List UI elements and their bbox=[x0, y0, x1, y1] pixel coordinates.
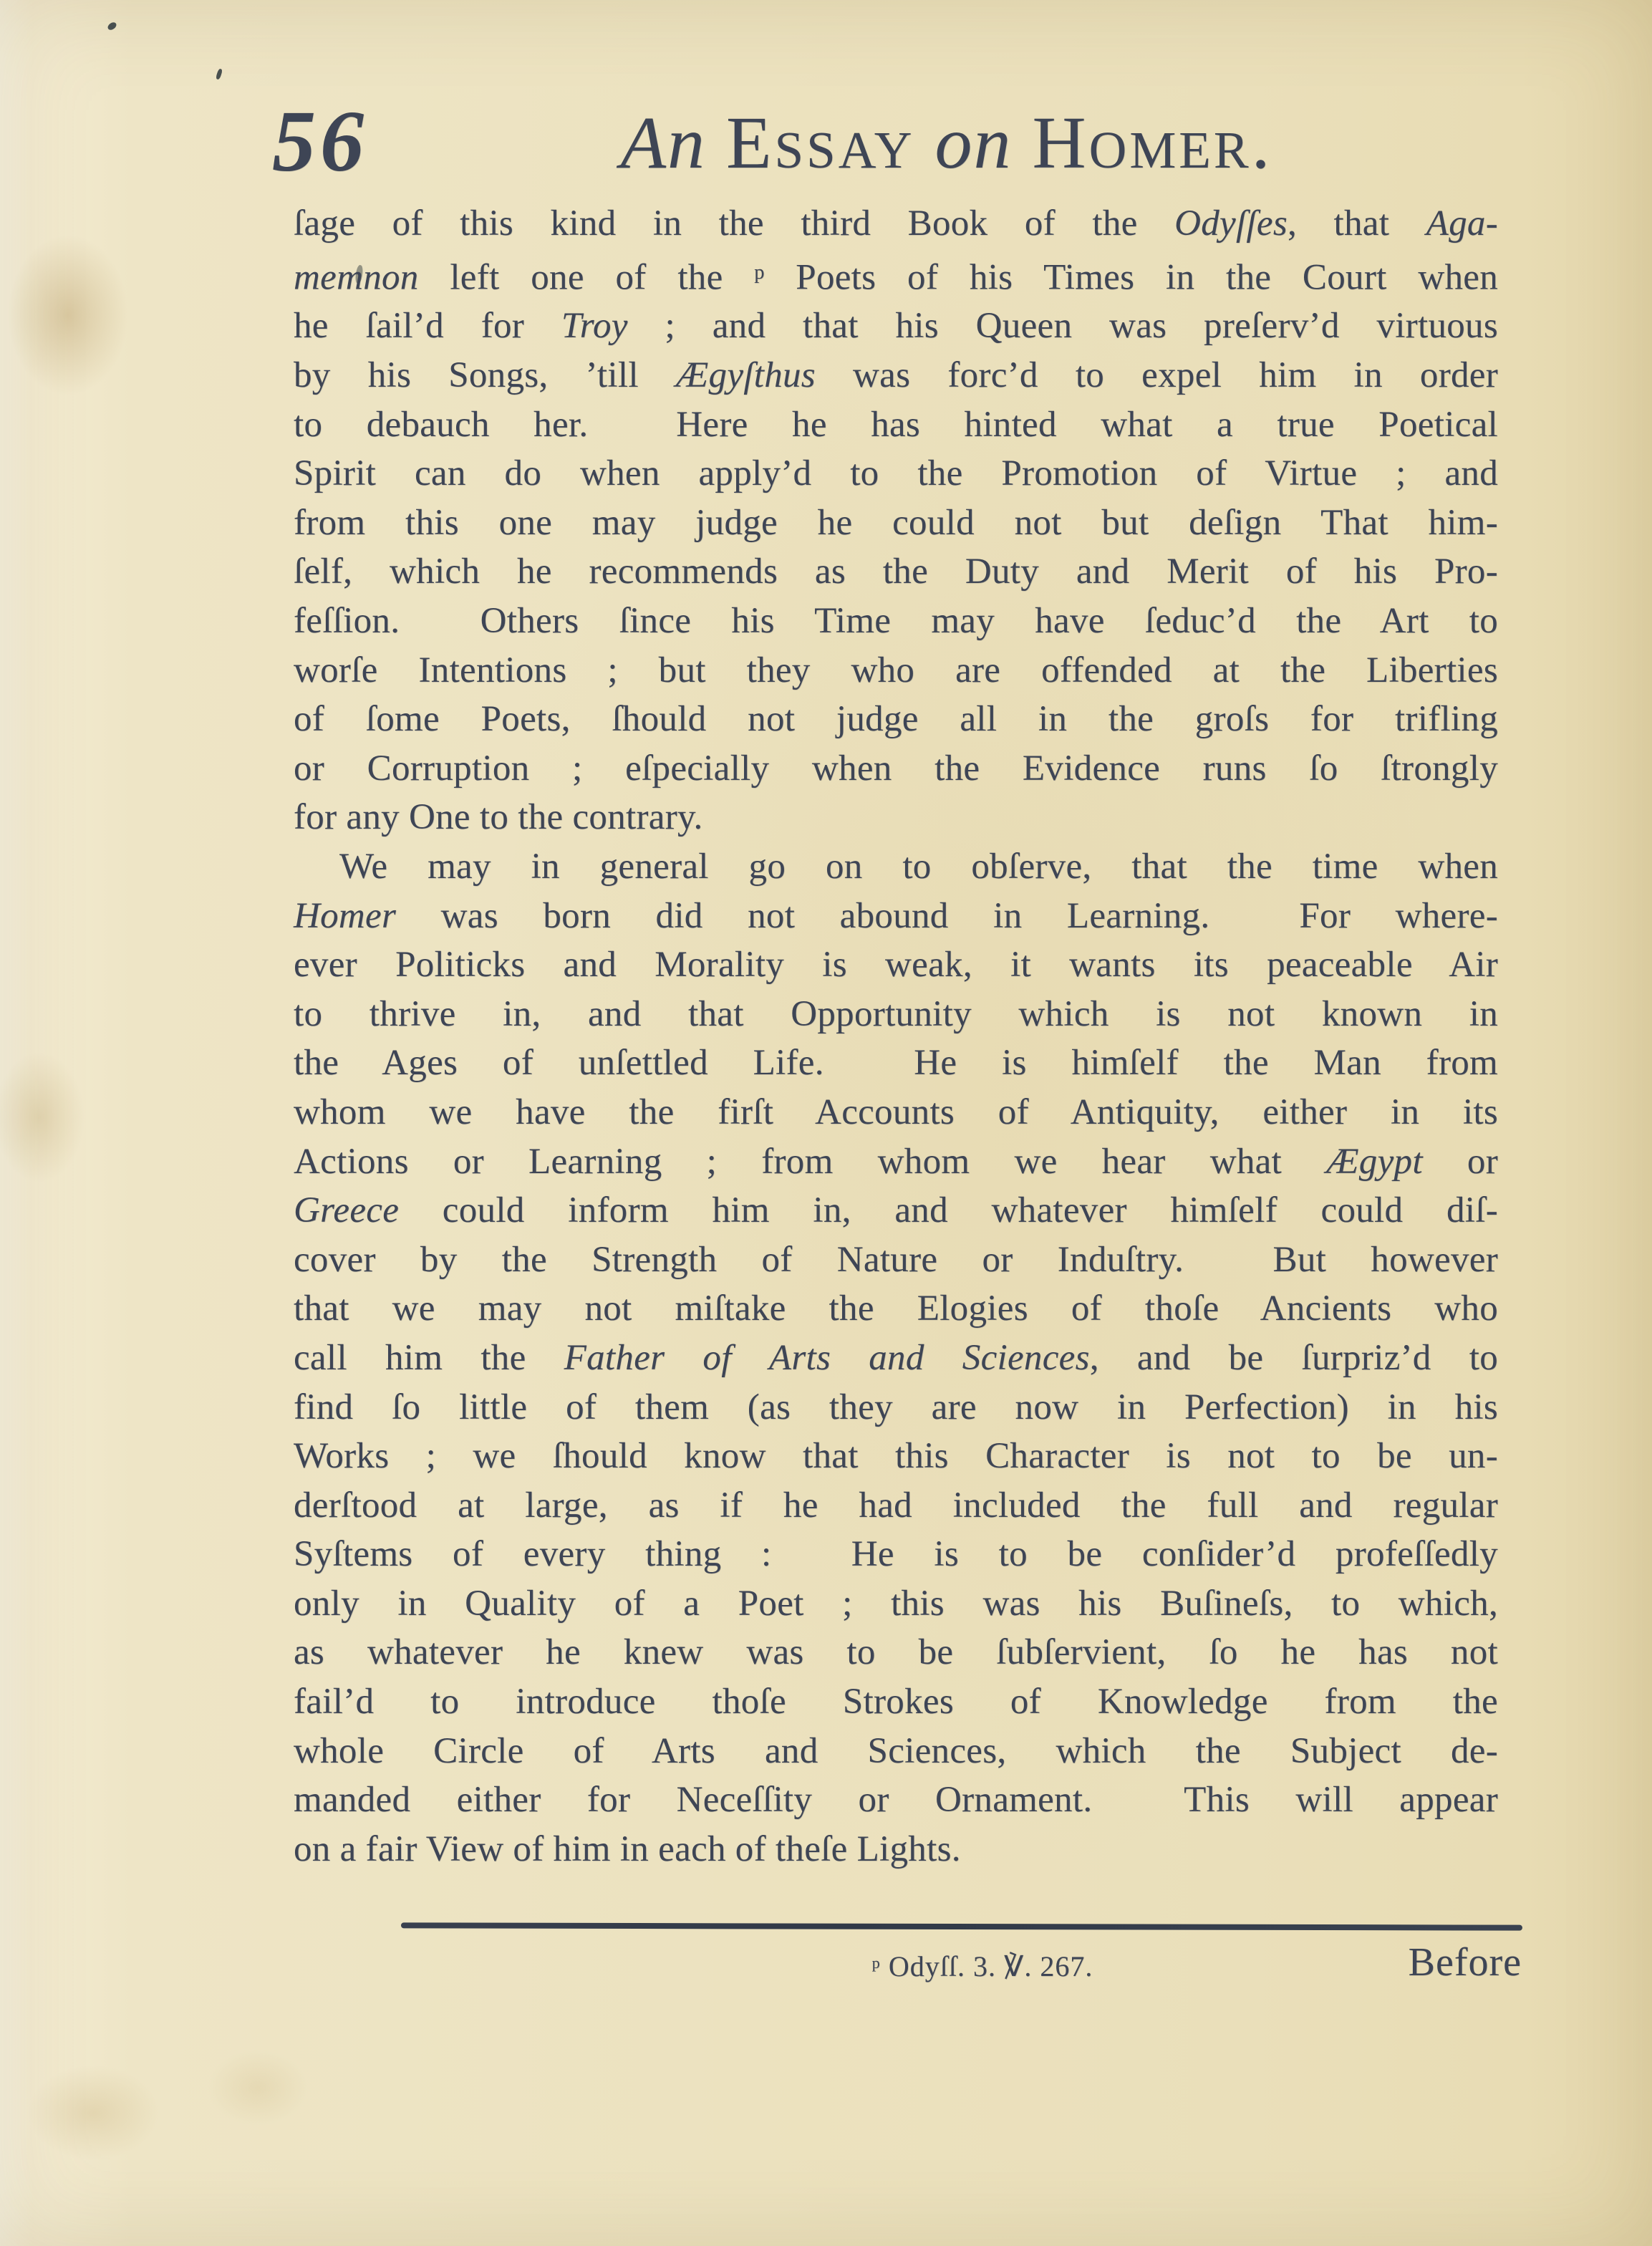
text-segment: he ſail’d for bbox=[294, 306, 561, 346]
text-segment: ; and that his Queen was preſerv’d virtu… bbox=[628, 306, 1498, 346]
text-line: to debauch her. Here he has hinted what … bbox=[294, 400, 1498, 450]
text-segment: that we may not miſtake the Elogies of t… bbox=[294, 1288, 1498, 1329]
text-segment: worſe Intentions ; but they who are offe… bbox=[294, 650, 1498, 690]
catchword: Before bbox=[1409, 1939, 1522, 1985]
footnote-marker: p bbox=[872, 1954, 880, 1972]
footnote-reference: Odyſſ. 3. ℣. 267. bbox=[889, 1950, 1093, 1982]
text-line: fail’d to introduce thoſe Strokes of Kno… bbox=[294, 1677, 1498, 1727]
text-segment: Troy bbox=[561, 306, 628, 346]
text-line: for any One to the contrary. bbox=[294, 793, 1498, 842]
text-segment: whom we have the firſt Accounts of Antiq… bbox=[294, 1092, 1498, 1132]
text-segment: ever Politicks and Morality is weak, it … bbox=[294, 945, 1498, 985]
footnote: pOdyſſ. 3. ℣. 267. bbox=[872, 1949, 1093, 1983]
text-segment: cover by the Strength of Nature or Induſ… bbox=[294, 1240, 1498, 1280]
text-line: of ſome Poets, ſhould not judge all in t… bbox=[294, 695, 1498, 744]
text-line: cover by the Strength of Nature or Induſ… bbox=[294, 1235, 1498, 1285]
text-segment: feſſion. Others ſince his Time may have … bbox=[294, 601, 1498, 641]
text-segment: to debauch her. Here he has hinted what … bbox=[294, 405, 1498, 445]
text-line: ever Politicks and Morality is weak, it … bbox=[294, 940, 1498, 990]
text-line: memnon left one of the p Poets of his Ti… bbox=[294, 249, 1498, 302]
text-line: worſe Intentions ; but they who are offe… bbox=[294, 646, 1498, 695]
text-segment: to thrive in, and that Opportunity which… bbox=[294, 994, 1498, 1034]
footnote-rule bbox=[401, 1922, 1522, 1930]
running-title: An Essay on Homer. bbox=[620, 100, 1272, 185]
text-line: Works ; we ſhould know that this Charact… bbox=[294, 1432, 1498, 1481]
text-line: on a fair View of him in each of theſe L… bbox=[294, 1825, 1498, 1874]
text-segment: only in Quality of a Poet ; this was his… bbox=[294, 1584, 1498, 1624]
text-segment: , and be ſurpriz’d to bbox=[1090, 1338, 1498, 1378]
text-line: whom we have the firſt Accounts of Antiq… bbox=[294, 1088, 1498, 1137]
text-segment: Works ; we ſhould know that this Charact… bbox=[294, 1436, 1498, 1476]
text-segment: find ſo little of them (as they are now … bbox=[294, 1387, 1498, 1427]
text-segment: p bbox=[754, 261, 764, 284]
text-segment: , that bbox=[1288, 203, 1426, 244]
text-segment: left one of the bbox=[419, 257, 755, 297]
text-segment: could inform him in, and whatever himſel… bbox=[399, 1190, 1498, 1230]
text-segment: the Ages of unſettled Life. He is himſel… bbox=[294, 1043, 1498, 1083]
text-segment: Essay bbox=[726, 102, 914, 184]
text-segment: manded either for Neceſſity or Ornament.… bbox=[294, 1780, 1498, 1820]
text-line: manded either for Neceſſity or Ornament.… bbox=[294, 1775, 1498, 1825]
ink-speck bbox=[216, 68, 223, 79]
text-line: he ſail’d for Troy ; and that his Queen … bbox=[294, 302, 1498, 351]
text-segment: Actions or Learning ; from whom we hear … bbox=[294, 1142, 1326, 1182]
text-segment: was born did not abound in Learning. For… bbox=[396, 896, 1498, 936]
text-segment: ſelf, which he recommends as the Duty an… bbox=[294, 551, 1498, 592]
text-line: We may in general go on to obſerve, that… bbox=[294, 842, 1498, 892]
text-line: Greece could inform him in, and whatever… bbox=[294, 1186, 1498, 1235]
text-segment: An bbox=[620, 102, 726, 184]
text-line: Homer was born did not abound in Learnin… bbox=[294, 892, 1498, 941]
ink-speck bbox=[107, 21, 118, 32]
text-line: find ſo little of them (as they are now … bbox=[294, 1383, 1498, 1432]
text-segment: derſtood at large, as if he had included… bbox=[294, 1485, 1498, 1526]
text-segment: for any One to the contrary. bbox=[294, 797, 703, 837]
text-line: as whatever he knew was to be ſubſervien… bbox=[294, 1628, 1498, 1677]
text-segment: Ægyſthus bbox=[676, 355, 816, 395]
text-segment: memnon bbox=[294, 257, 419, 297]
text-line: derſtood at large, as if he had included… bbox=[294, 1481, 1498, 1531]
text-line: by his Songs, ’till Ægyſthus was forc’d … bbox=[294, 351, 1498, 400]
text-segment: Ægypt bbox=[1326, 1142, 1423, 1182]
text-segment: Odyſſes bbox=[1174, 203, 1288, 244]
text-segment: Greece bbox=[294, 1190, 399, 1230]
page-number: 56 bbox=[272, 92, 368, 192]
text-segment: Poets of his Times in the Court when bbox=[765, 257, 1498, 297]
text-segment: Father of Arts and Sciences bbox=[564, 1338, 1090, 1378]
text-segment: from this one may judge he could not but… bbox=[294, 503, 1498, 543]
text-segment: Syſtems of every thing : He is to be con… bbox=[294, 1534, 1498, 1574]
text-segment: ſage of this kind in the third Book of t… bbox=[294, 203, 1174, 244]
text-segment: of ſome Poets, ſhould not judge all in t… bbox=[294, 699, 1498, 739]
text-line: ſage of this kind in the third Book of t… bbox=[294, 199, 1498, 249]
text-segment: Spirit can do when apply’d to the Promot… bbox=[294, 453, 1498, 493]
text-segment: on a fair View of him in each of theſe L… bbox=[294, 1829, 961, 1869]
text-segment: on bbox=[914, 102, 1032, 184]
text-segment: Homer. bbox=[1032, 102, 1272, 184]
text-segment: fail’d to introduce thoſe Strokes of Kno… bbox=[294, 1682, 1498, 1722]
text-line: that we may not miſtake the Elogies of t… bbox=[294, 1284, 1498, 1334]
text-segment: or bbox=[1423, 1142, 1498, 1182]
text-line: the Ages of unſettled Life. He is himſel… bbox=[294, 1038, 1498, 1088]
text-line: whole Circle of Arts and Sciences, which… bbox=[294, 1727, 1498, 1776]
text-line: Syſtems of every thing : He is to be con… bbox=[294, 1530, 1498, 1579]
text-segment: by his Songs, ’till bbox=[294, 355, 676, 395]
text-segment: or Corruption ; eſpecially when the Evid… bbox=[294, 748, 1498, 789]
text-line: to thrive in, and that Opportunity which… bbox=[294, 990, 1498, 1039]
text-segment: Aga- bbox=[1426, 203, 1498, 244]
text-line: Actions or Learning ; from whom we hear … bbox=[294, 1137, 1498, 1187]
text-segment: Homer bbox=[294, 896, 396, 936]
text-segment: as whatever he knew was to be ſubſervien… bbox=[294, 1632, 1498, 1672]
text-segment: call him the bbox=[294, 1338, 564, 1378]
book-page-scan: 56 An Essay on Homer. ſage of this kind … bbox=[0, 0, 1652, 2246]
text-segment: We may in general go on to obſerve, that… bbox=[339, 847, 1498, 887]
text-line: only in Quality of a Poet ; this was his… bbox=[294, 1579, 1498, 1629]
text-line: from this one may judge he could not but… bbox=[294, 498, 1498, 548]
text-line: or Corruption ; eſpecially when the Evid… bbox=[294, 744, 1498, 794]
text-line: call him the Father of Arts and Sciences… bbox=[294, 1334, 1498, 1383]
text-line: ſelf, which he recommends as the Duty an… bbox=[294, 547, 1498, 597]
body-text: ſage of this kind in the third Book of t… bbox=[294, 199, 1498, 1874]
text-segment: whole Circle of Arts and Sciences, which… bbox=[294, 1731, 1498, 1771]
text-segment: was forc’d to expel him in order bbox=[816, 355, 1498, 395]
text-line: Spirit can do when apply’d to the Promot… bbox=[294, 449, 1498, 498]
text-line: feſſion. Others ſince his Time may have … bbox=[294, 597, 1498, 646]
